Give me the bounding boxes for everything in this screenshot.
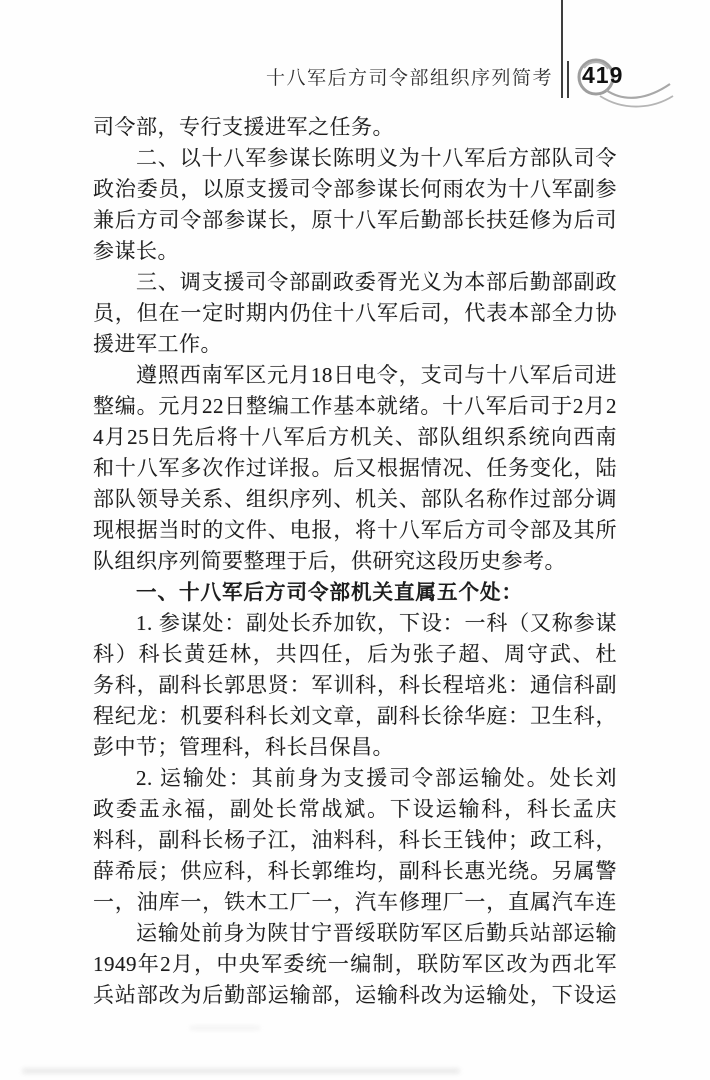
- text-line: 员，但在一定时期内仍住十八军后司，代表本部全力协助支: [93, 298, 617, 329]
- text-line: 彭中节；管理科，科长吕保昌。: [93, 732, 617, 763]
- text-line: 现根据当时的文件、电报，将十八军后方司令部及其所属部: [93, 515, 617, 546]
- text-line: 援进军工作。: [93, 329, 617, 360]
- text-line: 兵站部改为后勤部运输部，运输科改为运输处，下设运输、: [93, 980, 617, 1011]
- text-line: 队组织序列简要整理于后，供研究这段历史参考。: [93, 546, 617, 577]
- text-line: 二、以十八军参谋长陈明义为十八军后方部队司令员兼: [93, 143, 617, 174]
- section-heading-line: 一、十八军后方司令部机关直属五个处：: [93, 577, 617, 608]
- text-line: 一，油库一，铁木工厂一，汽车修理厂一，直属汽车连一。: [93, 887, 617, 918]
- header-vertical-rule: [561, 0, 563, 98]
- text-line: 政治委员，以原支援司令部参谋长何雨农为十八军副参谋长: [93, 174, 617, 205]
- text-line: 料科，副科长杨子江，油料科，科长王钱仲；政工科，科长: [93, 825, 617, 856]
- text-line: 1. 参谋处：副处长乔加钦，下设：一科（又称参谋: [93, 608, 617, 639]
- text-line: 遵照西南军区元月18日电令，支司与十八军后司进行了: [93, 360, 617, 391]
- text-line: 务科，副科长郭思贤：军训科，科长程培兆：通信科副科长: [93, 670, 617, 701]
- text-line: 司令部，专行支援进军之任务。: [93, 112, 617, 143]
- text-line: 2. 运输处：其前身为支援司令部运输处。处长刘坪，: [93, 763, 617, 794]
- text-line: 兼后方司令部参谋长，原十八军后勤部长扶廷修为后司第二: [93, 205, 617, 236]
- scan-smudge-bottom: [22, 1068, 460, 1074]
- text-line: 政委盂永福，副处长常战斌。下设运输科，科长孟庆祥；材: [93, 794, 617, 825]
- text-line: 参谋长。: [93, 236, 617, 267]
- text-line: 运输处前身为陕甘宁晋绥联防军区后勤兵站部运输科，: [93, 918, 617, 949]
- book-page: 十八军后方司令部组织序列简考 419 司令部，专行支援进军之任务。二、以十八军参…: [0, 0, 710, 1080]
- text-line: 薛希辰；供应科，科长郭维均，副科长惠光绕。另属警卫连: [93, 856, 617, 887]
- text-line: 三、调支援司令部副政委胥光义为本部后勤部副政治委: [93, 267, 617, 298]
- text-line: 和十八军多次作过详报。后又根据情况、任务变化，陆续将: [93, 453, 617, 484]
- page-number: 419: [582, 62, 623, 89]
- text-line: 4月25日先后将十八军后方机关、部队组织系统向西南军区: [93, 422, 617, 453]
- text-line: 部队领导关系、组织序列、机关、部队名称作过部分调整。: [93, 484, 617, 515]
- text-line: 1949年2月，中央军委统一编制，联防军区改为西北军区，: [93, 949, 617, 980]
- running-header-title: 十八军后方司令部组织序列简考: [266, 63, 553, 90]
- text-line: 程纪龙：机要科科长刘文章，副科长徐华庭：卫生科，科长: [93, 701, 617, 732]
- text-line: 整编。元月22日整编工作基本就绪。十八军后司于2月2日，: [93, 391, 617, 422]
- text-line: 科）科长黄廷林，共四任，后为张子超、周守武、杜斌：军: [93, 639, 617, 670]
- scan-smudge-small: [190, 1026, 260, 1030]
- body-text: 司令部，专行支援进军之任务。二、以十八军参谋长陈明义为十八军后方部队司令员兼政治…: [93, 112, 617, 1011]
- header-vertical-rule-short: [567, 61, 569, 98]
